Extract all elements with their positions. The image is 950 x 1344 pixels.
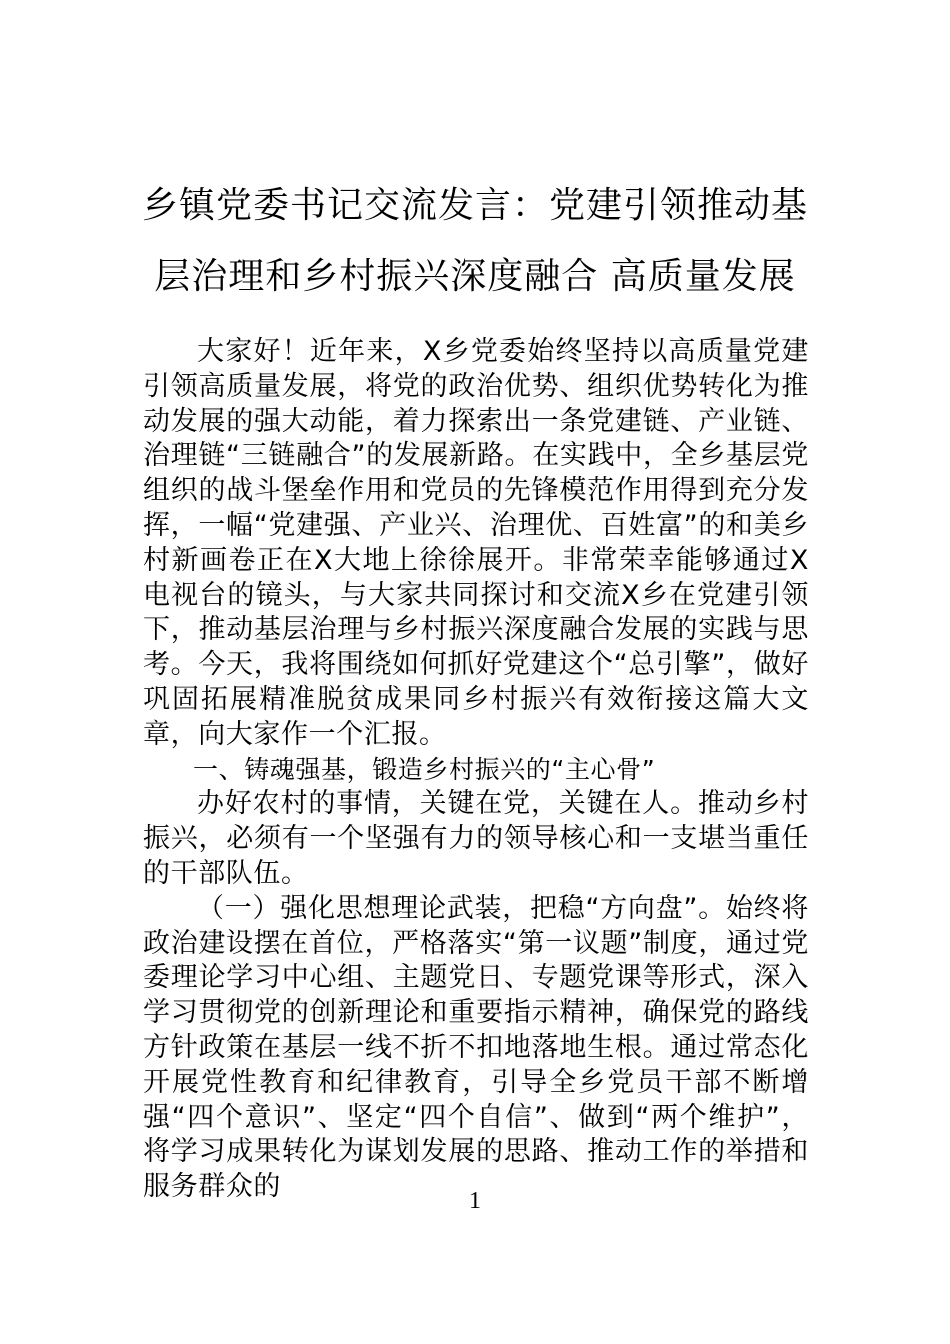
title-line-2: 层治理和乡村振兴深度融合 高质量发展	[140, 241, 810, 312]
title-line-1: 乡镇党委书记交流发言：党建引领推动基	[140, 170, 810, 241]
paragraph-subsection-1: （一）强化思想理论武装，把稳“方向盘”。始终将政治建设摆在首位，严格落实“第一议…	[143, 892, 809, 1205]
document-page: 乡镇党委书记交流发言：党建引领推动基 层治理和乡村振兴深度融合 高质量发展 大家…	[0, 0, 950, 1344]
page-number: 1	[0, 1188, 950, 1215]
paragraph-intro: 大家好！近年来，X乡党委始终坚持以高质量党建引领高质量发展，将党的政治优势、组织…	[143, 335, 809, 753]
paragraph-section-1-intro: 办好农村的事情，关键在党，关键在人。推动乡村振兴，必须有一个坚强有力的领导核心和…	[143, 787, 809, 891]
document-title: 乡镇党委书记交流发言：党建引领推动基 层治理和乡村振兴深度融合 高质量发展	[140, 170, 810, 312]
document-body: 大家好！近年来，X乡党委始终坚持以高质量党建引领高质量发展，将党的政治优势、组织…	[143, 335, 809, 1205]
section-heading-1: 一、铸魂强基，锻造乡村振兴的“主心骨”	[143, 753, 809, 788]
